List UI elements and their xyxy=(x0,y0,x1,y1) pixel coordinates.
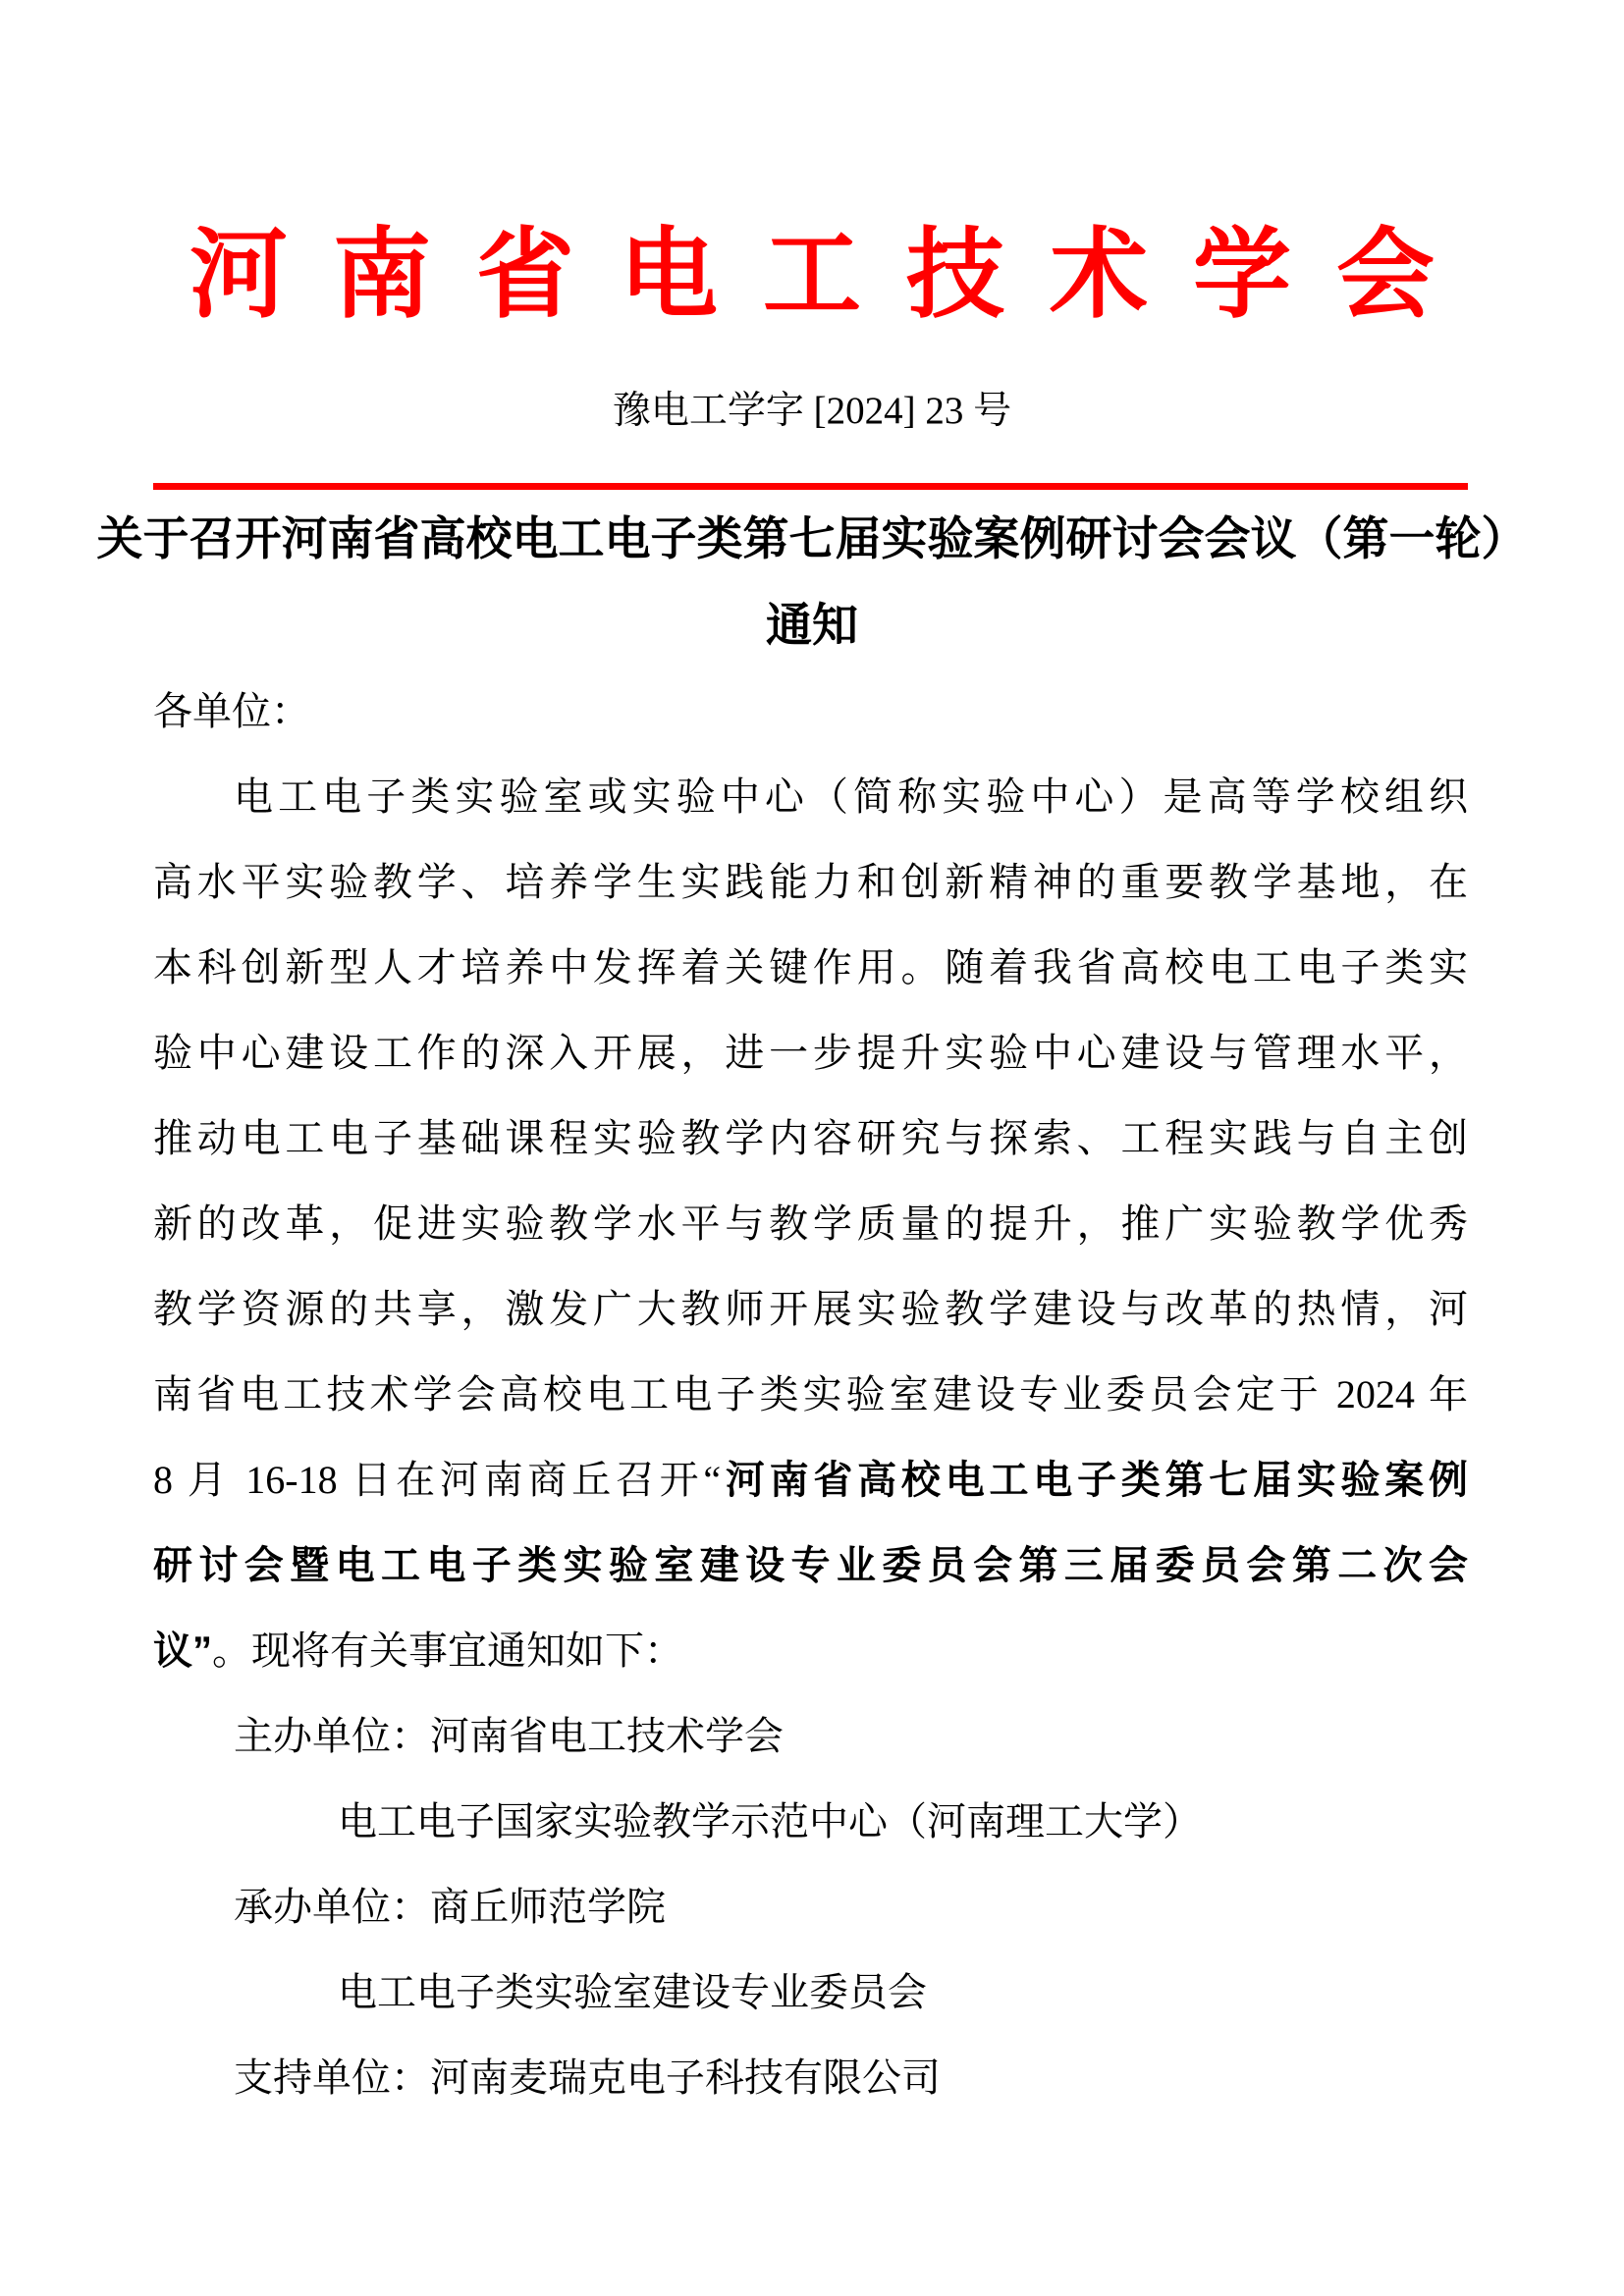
body-regular-text: 各单位： xyxy=(153,689,310,733)
body-regular-text: 电工电子类实验室或实验中心（简称实验中心）是高等学校组织 xyxy=(234,774,1468,819)
body-regular-text: 承办单位：商丘师范学院 xyxy=(234,1885,666,1929)
body-bold-text: 河南省高校电工电子类第七届实验案例 xyxy=(721,1459,1468,1502)
body-line: 新的改革，促进实验教学水平与教学质量的提升，推广实验教学优秀 xyxy=(153,1181,1468,1266)
body-line: 8 月 16-18 日在河南商丘召开“河南省高校电工电子类第七届实验案例 xyxy=(153,1437,1468,1522)
body-line: 推动电工电子基础课程实验教学内容研究与探索、工程实践与自主创 xyxy=(153,1095,1468,1181)
body-bold-text: 议” xyxy=(153,1629,212,1673)
body-regular-text: 新的改革，促进实验教学水平与教学质量的提升，推广实验教学优秀 xyxy=(153,1201,1468,1246)
body-line: 支持单位：河南麦瑞克电子科技有限公司 xyxy=(153,2035,1468,2120)
body-regular-text: 电工电子国家实验教学示范中心（河南理工大学） xyxy=(338,1799,1202,1843)
body-line: 验中心建设工作的深入开展，进一步提升实验中心建设与管理水平， xyxy=(153,1010,1468,1095)
body-regular-text: 本科创新型人才培养中发挥着关键作用。随着我省高校电工电子类实 xyxy=(153,945,1468,989)
body-regular-text: 8 月 16-18 日在河南商丘召开“ xyxy=(153,1458,721,1502)
document-number: 豫电工学字 [2024] 23 号 xyxy=(0,389,1624,435)
body-regular-text: 高水平实验教学、培养学生实践能力和创新精神的重要教学基地，在 xyxy=(153,860,1468,904)
body-line: 研讨会暨电工电子类实验室建设专业委员会第三届委员会第二次会 xyxy=(153,1522,1468,1608)
body-line: 南省电工技术学会高校电工电子类实验室建设专业委员会定于 2024 年 xyxy=(153,1352,1468,1437)
body-regular-text: 南省电工技术学会高校电工电子类实验室建设专业委员会定于 2024 年 xyxy=(153,1372,1468,1416)
document-page: 河南省电工技术学会 豫电工学字 [2024] 23 号 关于召开河南省高校电工电… xyxy=(0,0,1624,2296)
body-line: 电工电子类实验室或实验中心（简称实验中心）是高等学校组织 xyxy=(153,754,1468,839)
body-regular-text: 。现将有关事宜通知如下： xyxy=(212,1629,683,1673)
letterhead-org-title: 河南省电工技术学会 xyxy=(0,222,1624,330)
body-regular-text: 教学资源的共享，激发广大教师开展实验教学建设与改革的热情，河 xyxy=(153,1287,1468,1331)
body-line: 高水平实验教学、培养学生实践能力和创新精神的重要教学基地，在 xyxy=(153,839,1468,925)
body-line: 承办单位：商丘师范学院 xyxy=(153,1864,1468,1949)
body-line: 教学资源的共享，激发广大教师开展实验教学建设与改革的热情，河 xyxy=(153,1266,1468,1352)
body-bold-text: 研讨会暨电工电子类实验室建设专业委员会第三届委员会第二次会 xyxy=(153,1544,1468,1587)
body-regular-text: 主办单位：河南省电工技术学会 xyxy=(234,1714,784,1758)
body-line: 电工电子类实验室建设专业委员会 xyxy=(153,1949,1468,2035)
notice-title: 关于召开河南省高校电工电子类第七届实验案例研讨会会议（第一轮） 通知 xyxy=(69,496,1555,668)
body-line: 议”。现将有关事宜通知如下： xyxy=(153,1608,1468,1693)
body-regular-text: 电工电子类实验室建设专业委员会 xyxy=(338,1970,927,2014)
body-regular-text: 推动电工电子基础课程实验教学内容研究与探索、工程实践与自主创 xyxy=(153,1116,1468,1160)
body-text: 各单位：电工电子类实验室或实验中心（简称实验中心）是高等学校组织高水平实验教学、… xyxy=(153,668,1468,2120)
body-regular-text: 支持单位：河南麦瑞克电子科技有限公司 xyxy=(234,2056,941,2100)
body-regular-text: 验中心建设工作的深入开展，进一步提升实验中心建设与管理水平， xyxy=(153,1031,1468,1075)
notice-title-line2: 通知 xyxy=(69,582,1555,668)
notice-title-line1: 关于召开河南省高校电工电子类第七届实验案例研讨会会议（第一轮） xyxy=(69,496,1555,582)
letterhead-red-divider xyxy=(153,483,1468,490)
body-line: 各单位： xyxy=(153,668,1468,754)
body-line: 本科创新型人才培养中发挥着关键作用。随着我省高校电工电子类实 xyxy=(153,925,1468,1010)
body-line: 主办单位：河南省电工技术学会 xyxy=(153,1693,1468,1779)
body-line: 电工电子国家实验教学示范中心（河南理工大学） xyxy=(153,1779,1468,1864)
